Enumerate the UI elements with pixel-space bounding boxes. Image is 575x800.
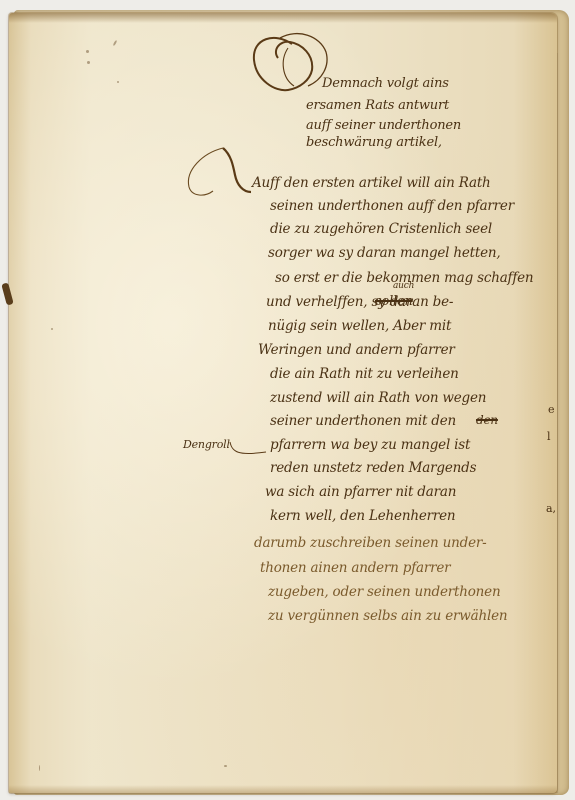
- body-line-15: kern well, den Lehenherren: [270, 508, 455, 524]
- body-line-12: pfarrern wa bey zu mangel ist: [270, 437, 470, 453]
- body-line-1: Auff den ersten artikel will ain Rath: [252, 175, 491, 191]
- body-line-6: und verhelffen, sy daran be-: [266, 294, 453, 310]
- decorative-initial-a: [183, 145, 253, 200]
- paper-speck: [86, 50, 89, 53]
- paper-speck: [51, 328, 53, 330]
- body-line-17: thonen ainen andern pfarrer: [260, 560, 450, 576]
- manuscript-scan: Demnach volgt ains ersamen Rats antwurt …: [0, 0, 575, 800]
- paper-speck: [39, 765, 40, 771]
- body-line-10: zustend will ain Rath von wegen: [270, 390, 486, 406]
- body-line-6-text: und verhelffen, sy daran be-: [266, 294, 453, 310]
- body-line-18: zugeben, oder seinen underthonen: [268, 584, 500, 600]
- body-line-14: wa sich ain pfarrer nit daran: [265, 484, 456, 500]
- body-line-8: Weringen und andern pfarrer: [258, 342, 455, 358]
- body-line-16: darumb zuschreiben seinen under-: [254, 535, 486, 551]
- paper-speck: [117, 81, 119, 83]
- heading-line-4: beschwärung artikel,: [306, 135, 442, 150]
- decorative-initial-d: [250, 30, 332, 98]
- body-line-2: seinen underthonen auff den pfarrer: [270, 198, 514, 214]
- heading-line-3: auff seiner underthonen: [306, 118, 461, 133]
- heading-line-2: ersamen Rats antwurt: [306, 98, 449, 113]
- paper-speck: [87, 61, 90, 64]
- margin-note: Dengroll: [183, 438, 230, 451]
- struck-word: sollen: [375, 294, 413, 309]
- paper-speck: [224, 765, 227, 767]
- page-fold-line: [557, 53, 558, 793]
- right-edge-mark-1: e: [548, 403, 555, 416]
- heading-line-1: Demnach volgt ains: [322, 76, 449, 91]
- body-line-9: die ain Rath nit zu verleihen: [270, 366, 459, 382]
- body-line-13: reden unstetz reden Margends: [270, 460, 476, 476]
- margin-note-connector: [228, 440, 268, 464]
- right-edge-mark-2: l: [547, 430, 551, 443]
- body-line-11: seiner underthonen mit den: [270, 413, 456, 429]
- struck-line-end: den: [476, 413, 498, 427]
- body-line-7: nügig sein wellen, Aber mit: [268, 318, 451, 334]
- paper-speck: [113, 40, 118, 46]
- right-edge-mark-3: a,: [546, 502, 556, 515]
- body-line-3: die zu zugehören Cristenlich seel: [270, 221, 492, 237]
- body-line-4: sorger wa sy daran mangel hetten,: [268, 245, 501, 261]
- interlinear-insertion: auch: [393, 281, 414, 291]
- body-line-19: zu vergünnen selbs ain zu erwählen: [268, 608, 507, 624]
